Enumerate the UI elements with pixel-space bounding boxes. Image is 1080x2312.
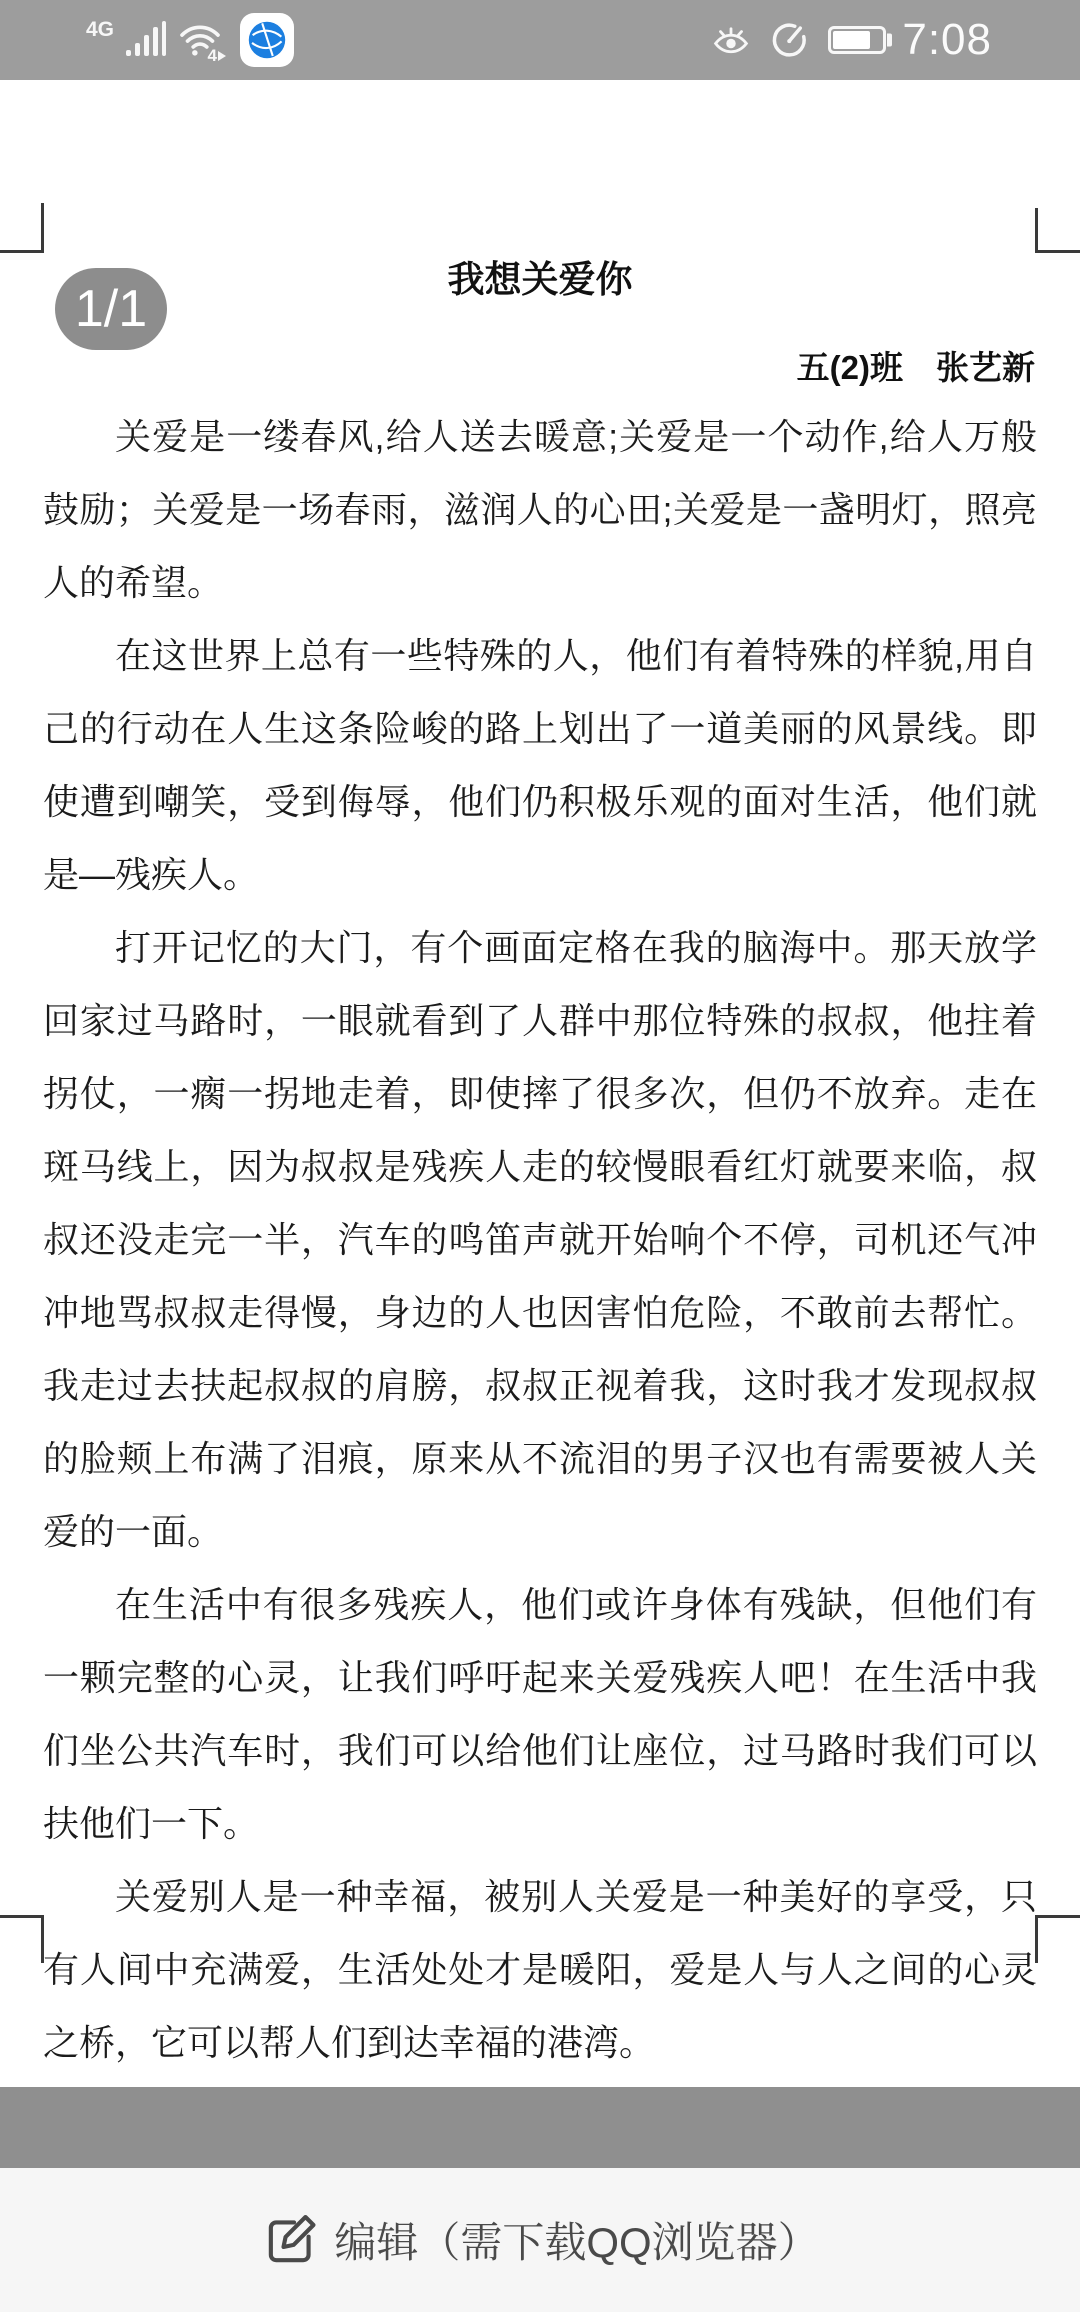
edit-button-label: 编辑（需下载QQ浏览器）: [334, 2210, 819, 2270]
status-bar-clock: 7:08: [902, 15, 992, 65]
document-page[interactable]: 1/1 我想关爱你 五(2)班 张艺新 关爱是一缕春风,给人送去暖意;关爱是一个…: [0, 80, 1080, 2087]
wifi-badge-label: 4: [208, 47, 226, 64]
page-corner-mark-top-left: [0, 203, 44, 253]
screen: 4G 4: [0, 0, 1080, 2312]
status-bar-left-cluster: 4G 4: [86, 0, 294, 80]
page-corner-mark-top-right: [1035, 208, 1080, 253]
eye-protection-icon: [710, 19, 752, 61]
gauge-icon: [768, 18, 812, 62]
wifi-badge-arrow-icon: [218, 51, 226, 61]
document-byline: 五(2)班 张艺新: [43, 342, 1035, 389]
edit-pencil-icon: [260, 2209, 322, 2271]
paragraph: 打开记忆的大门，有个画面定格在我的脑海中。那天放学回家过马路时，一眼就看到了人群…: [43, 911, 1037, 1568]
document-body: 关爱是一缕春风,给人送去暖意;关爱是一个动作,给人万般鼓励；关爱是一场春雨，滋润…: [43, 400, 1037, 2079]
document-title: 我想关爱你: [43, 258, 1037, 302]
battery-icon: [828, 26, 886, 54]
wifi-icon: 4: [178, 18, 222, 62]
paragraph: 在这世界上总有一些特殊的人，他们有着特殊的样貌,用自己的行动在人生这条险峻的路上…: [43, 619, 1037, 911]
battery-cap: [887, 34, 892, 47]
signal-bars-icon: [126, 21, 166, 59]
network-type-label: 4G: [86, 18, 114, 42]
paragraph: 在生活中有很多残疾人，他们或许身体有残缺，但他们有一颗完整的心灵，让我们呼吁起来…: [43, 1568, 1037, 1860]
status-bar: 4G 4: [0, 0, 1080, 80]
paragraph: 关爱是一缕春风,给人送去暖意;关爱是一个动作,给人万般鼓励；关爱是一场春雨，滋润…: [43, 400, 1037, 619]
status-bar-right-cluster: 7:08: [710, 0, 992, 80]
bottom-gray-band: [0, 2087, 1080, 2168]
browser-app-icon: [240, 13, 294, 67]
paragraph: 关爱别人是一种幸福，被别人关爱是一种美好的享受，只有人间中充满爱，生活处处才是暖…: [43, 1860, 1037, 2079]
bottom-toolbar: 编辑（需下载QQ浏览器）: [0, 2168, 1080, 2312]
page-corner-mark-bottom-left: [0, 1915, 44, 1963]
page-corner-mark-bottom-right: [1035, 1915, 1080, 1963]
edit-button[interactable]: 编辑（需下载QQ浏览器）: [260, 2209, 819, 2271]
battery-fill: [833, 31, 869, 49]
